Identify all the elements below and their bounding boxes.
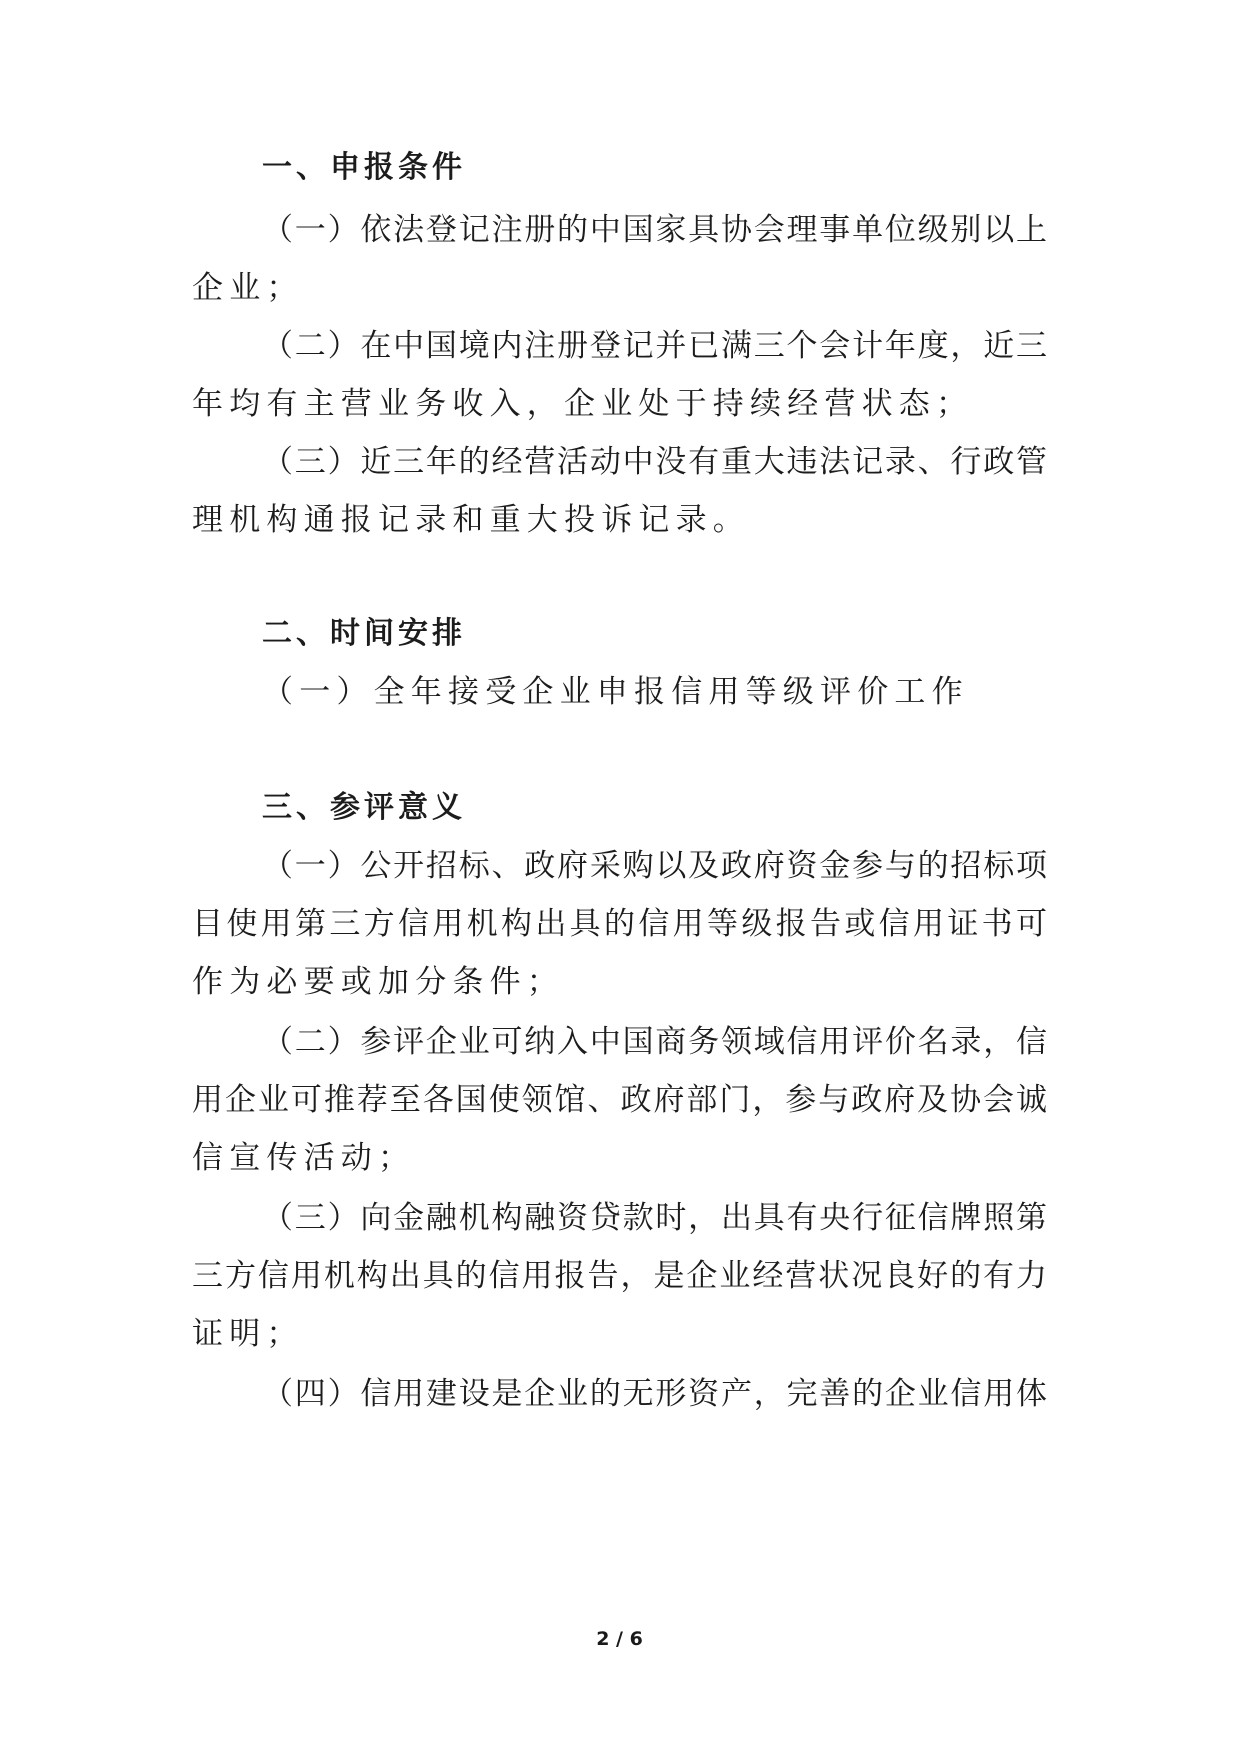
paragraph-line: （三）向金融机构融资贷款时，出具有央行征信牌照第 bbox=[262, 1198, 1047, 1238]
paragraph-line: 证明； bbox=[192, 1314, 1072, 1354]
paragraph-line: 目使用第三方信用机构出具的信用等级报告或信用证书可 bbox=[192, 904, 1047, 944]
document-page: 一、申报条件 （一）依法登记注册的中国家具协会理事单位级别以上 企业； （二）在… bbox=[0, 0, 1239, 1752]
paragraph-line: 信宣传活动； bbox=[192, 1138, 1072, 1178]
section-heading-schedule: 二、时间安排 bbox=[262, 614, 1142, 654]
page-number: 2 / 6 bbox=[0, 1628, 1239, 1650]
paragraph-line: 作为必要或加分条件； bbox=[192, 962, 1072, 1002]
paragraph-line: （四）信用建设是企业的无形资产，完善的企业信用体 bbox=[262, 1374, 1047, 1414]
paragraph-line: （三）近三年的经营活动中没有重大违法记录、行政管 bbox=[262, 442, 1047, 482]
paragraph-line: （一）全年接受企业申报信用等级评价工作 bbox=[262, 672, 1142, 712]
paragraph-line: （二）在中国境内注册登记并已满三个会计年度，近三 bbox=[262, 326, 1047, 366]
section-heading-significance: 三、参评意义 bbox=[262, 788, 1142, 828]
paragraph-line: （二）参评企业可纳入中国商务领域信用评价名录，信 bbox=[262, 1022, 1047, 1062]
paragraph-line: 三方信用机构出具的信用报告，是企业经营状况良好的有力 bbox=[192, 1256, 1047, 1296]
paragraph-line: 企业； bbox=[192, 268, 1072, 308]
paragraph-line: 年均有主营业务收入，企业处于持续经营状态； bbox=[192, 384, 1072, 424]
paragraph-line: 理机构通报记录和重大投诉记录。 bbox=[192, 500, 1072, 540]
paragraph-line: （一）依法登记注册的中国家具协会理事单位级别以上 bbox=[262, 210, 1047, 250]
section-heading-application-conditions: 一、申报条件 bbox=[262, 148, 1142, 188]
paragraph-line: 用企业可推荐至各国使领馆、政府部门，参与政府及协会诚 bbox=[192, 1080, 1047, 1120]
paragraph-line: （一）公开招标、政府采购以及政府资金参与的招标项 bbox=[262, 846, 1047, 886]
